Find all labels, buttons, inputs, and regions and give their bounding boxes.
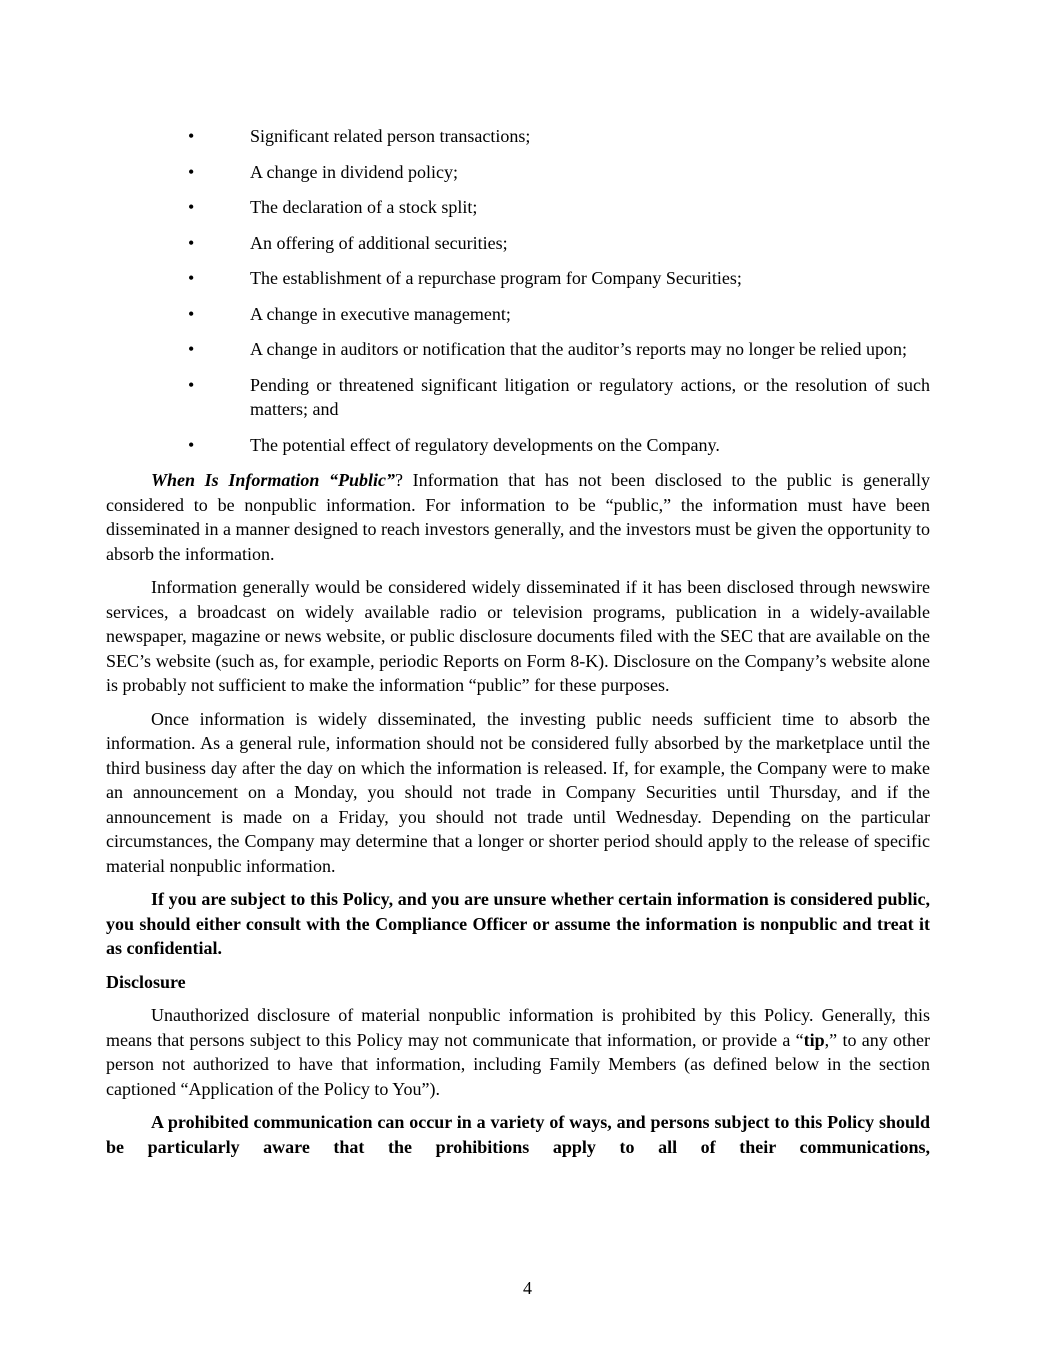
paragraph-absorption-period: Once information is widely disseminated,… — [106, 707, 930, 879]
list-item: • The declaration of a stock split; — [106, 195, 930, 220]
bullet-text: The declaration of a stock split; — [250, 197, 477, 217]
bullet-text: The potential effect of regulatory devel… — [250, 435, 720, 455]
bullet-text: An offering of additional securities; — [250, 233, 508, 253]
paragraph-prohibited-communication: A prohibited communication can occur in … — [106, 1110, 930, 1159]
bullet-icon: • — [188, 433, 194, 458]
bullet-icon: • — [188, 337, 194, 362]
bullet-text: A change in auditors or notification tha… — [250, 339, 907, 359]
bullet-icon: • — [188, 266, 194, 291]
material-information-bullet-list: • Significant related person transaction… — [106, 124, 930, 457]
list-item: • An offering of additional securities; — [106, 231, 930, 256]
bullet-icon: • — [188, 195, 194, 220]
list-item: • Significant related person transaction… — [106, 124, 930, 149]
bullet-icon: • — [188, 124, 194, 149]
paragraph-widely-disseminated: Information generally would be considere… — [106, 575, 930, 698]
bullet-icon: • — [188, 231, 194, 256]
paragraph-unauthorized-disclosure: Unauthorized disclosure of material nonp… — [106, 1003, 930, 1101]
bullet-text: Significant related person transactions; — [250, 126, 530, 146]
list-item: • A change in dividend policy; — [106, 160, 930, 185]
list-item: • A change in executive management; — [106, 302, 930, 327]
list-item: • The potential effect of regulatory dev… — [106, 433, 930, 458]
list-item: • A change in auditors or notification t… — [106, 337, 930, 362]
section-heading-disclosure: Disclosure — [106, 970, 930, 995]
bullet-text: A change in dividend policy; — [250, 162, 458, 182]
bullet-text: The establishment of a repurchase progra… — [250, 268, 742, 288]
list-item: • Pending or threatened significant liti… — [106, 373, 930, 422]
bullet-text: A change in executive management; — [250, 304, 511, 324]
list-item: • The establishment of a repurchase prog… — [106, 266, 930, 291]
bullet-icon: • — [188, 302, 194, 327]
bullet-icon: • — [188, 373, 194, 398]
document-page: • Significant related person transaction… — [0, 0, 1055, 1365]
paragraph-consult-compliance-officer: If you are subject to this Policy, and y… — [106, 887, 930, 961]
when-public-lead-in: When Is Information “Public” — [151, 470, 395, 490]
page-number: 4 — [0, 1276, 1055, 1301]
tip-term: tip — [804, 1030, 825, 1050]
bullet-icon: • — [188, 160, 194, 185]
paragraph-when-is-information-public: When Is Information “Public”? Informatio… — [106, 468, 930, 566]
bullet-text: Pending or threatened significant litiga… — [250, 375, 930, 420]
